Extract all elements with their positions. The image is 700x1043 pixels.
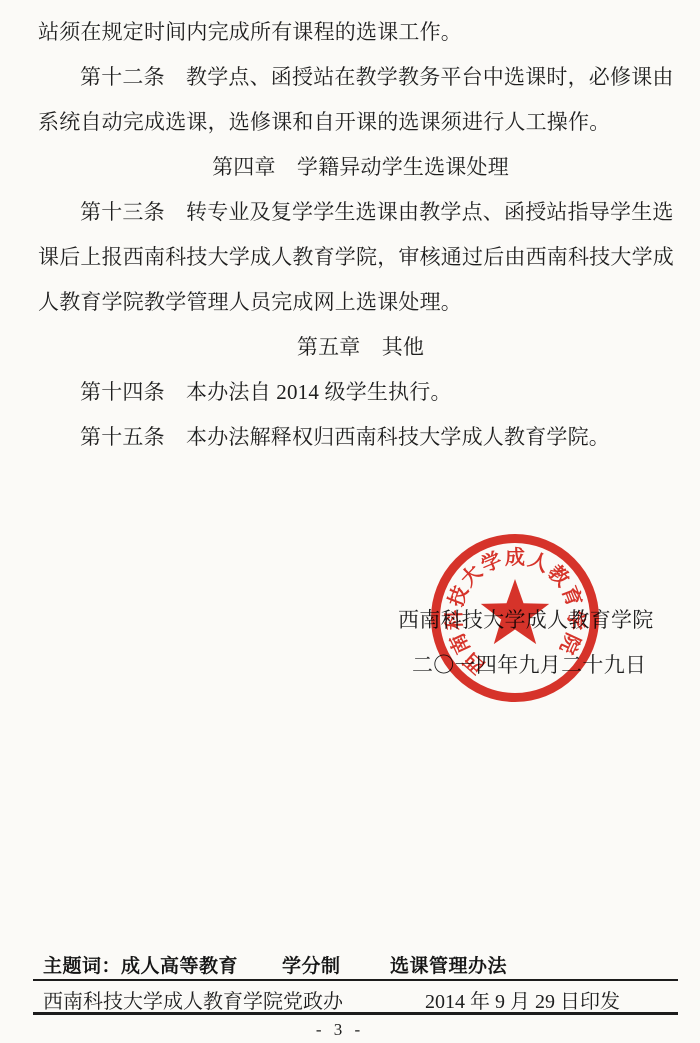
body-line: 课后上报西南科技大学成人教育学院，审核通过后由西南科技大学成 <box>38 235 683 280</box>
svg-text:成: 成 <box>505 545 525 569</box>
star-icon <box>481 579 549 644</box>
footer-divider-top <box>33 979 678 981</box>
footer-divider-bottom <box>33 1012 678 1015</box>
subject-keyword: 成人高等教育 <box>121 956 238 977</box>
article-14-line: 第十四条 本办法自 2014 级学生执行。 <box>38 370 683 415</box>
document-body: 站须在规定时间内完成所有课程的选课工作。 第十二条 教学点、函授站在教学教务平台… <box>38 10 683 460</box>
article-12-line: 第十二条 教学点、函授站在教学教务平台中选课时，必修课由 <box>38 55 683 100</box>
issuer-office: 西南科技大学成人教育学院党政办 <box>43 985 343 1014</box>
subject-keyword: 选课管理办法 <box>390 951 507 978</box>
official-seal: 西南科技大学成人教育学院 <box>425 528 605 708</box>
chapter-4-heading: 第四章 学籍异动学生选课处理 <box>38 145 683 190</box>
article-13-line: 第十三条 转专业及复学学生选课由教学点、函授站指导学生选 <box>38 190 683 235</box>
page-number: - 3 - <box>0 1020 680 1040</box>
print-date: 2014 年 9 月 29 日印发 <box>425 985 620 1014</box>
svg-text:科: 科 <box>442 609 467 631</box>
chapter-5-heading: 第五章 其他 <box>38 325 683 370</box>
body-line: 站须在规定时间内完成所有课程的选课工作。 <box>38 10 683 55</box>
subject-keyword: 学分制 <box>282 951 341 978</box>
svg-text:学: 学 <box>564 610 589 631</box>
subject-keywords: 主题词：成人高等教育 <box>43 951 238 978</box>
subject-label: 主题词： <box>43 956 121 977</box>
svg-text:院: 院 <box>555 630 585 658</box>
body-line: 系统自动完成选课，选修课和自开课的选课须进行人工操作。 <box>38 100 683 145</box>
article-15-line: 第十五条 本办法解释权归西南科技大学成人教育学院。 <box>38 415 683 460</box>
body-line: 人教育学院教学管理人员完成网上选课处理。 <box>38 280 683 325</box>
